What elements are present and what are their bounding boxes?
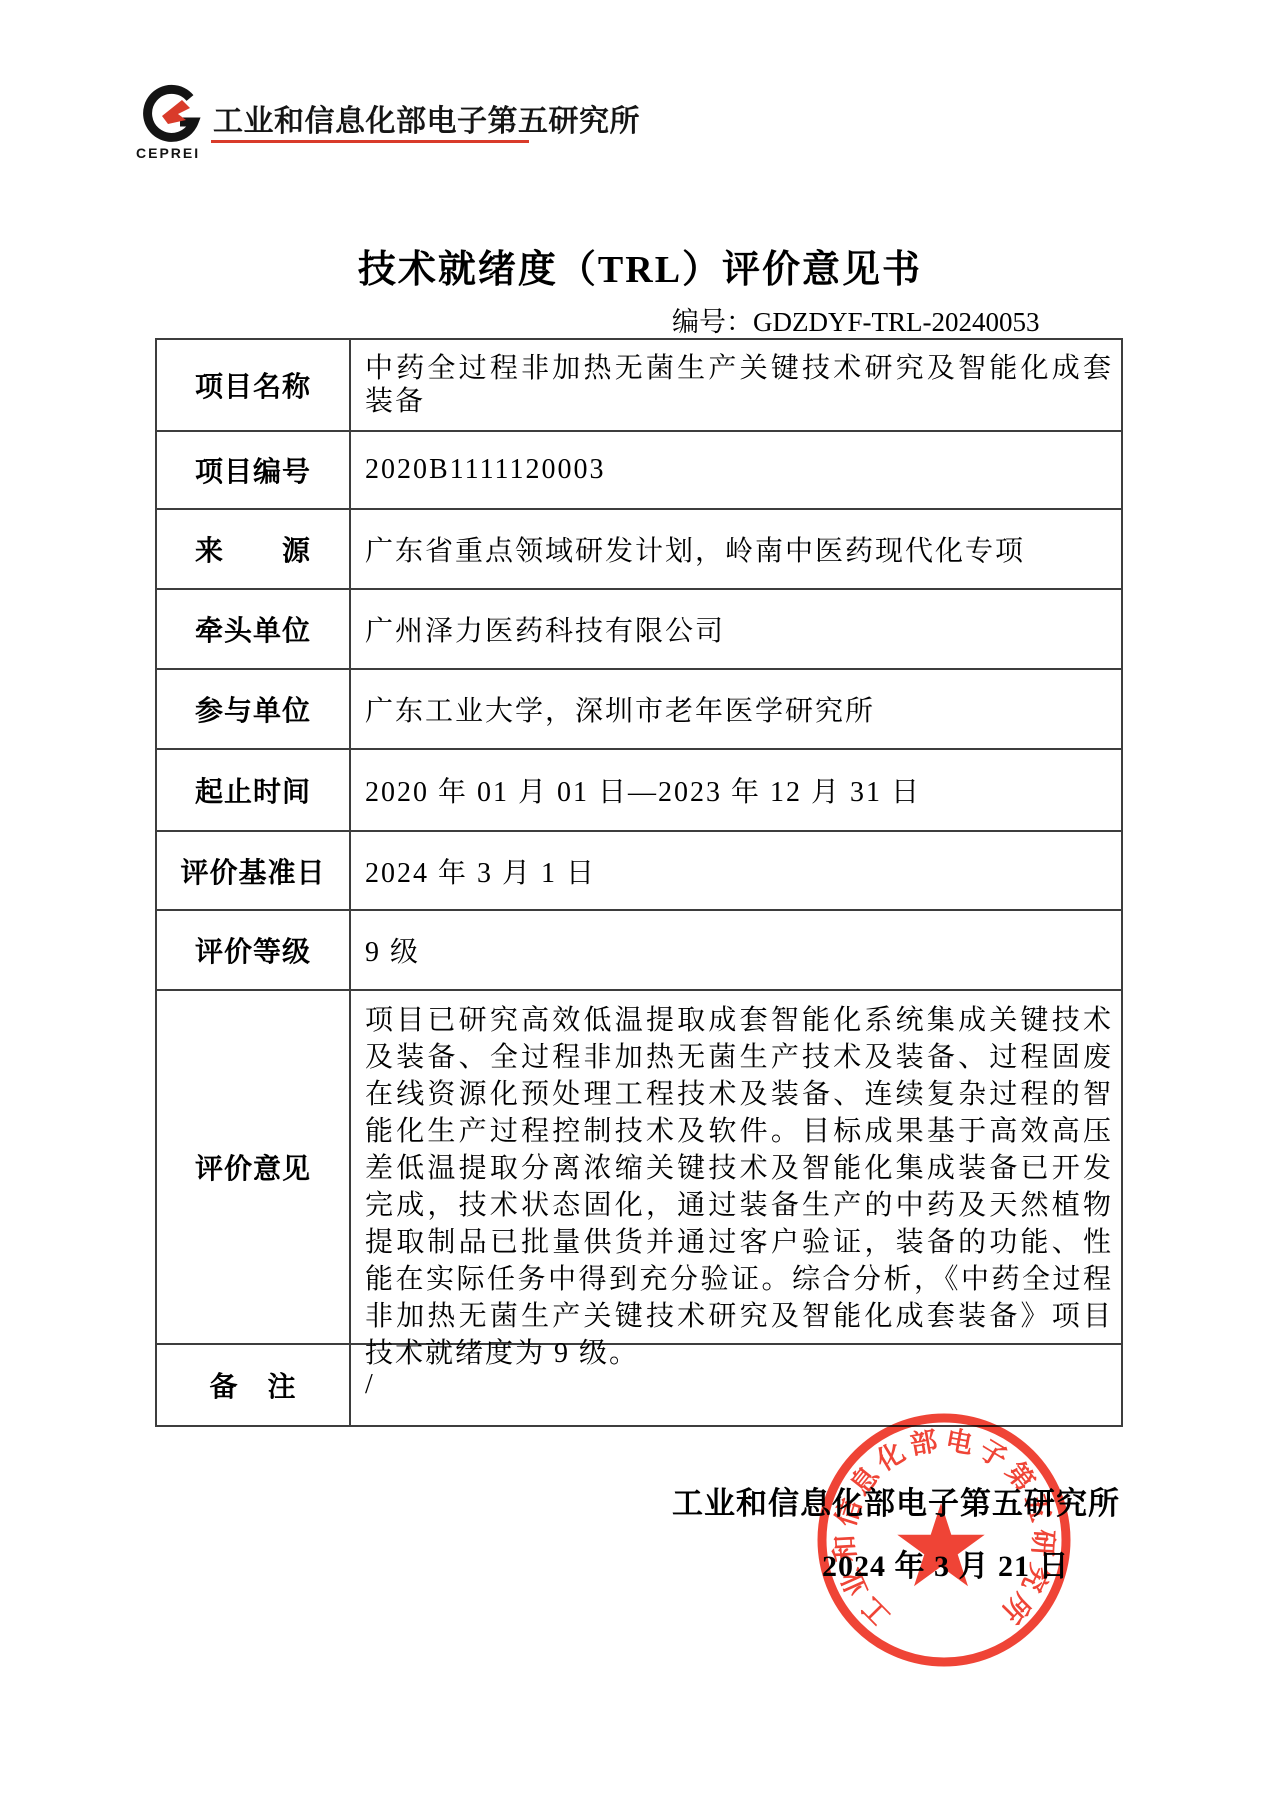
table-row-opinion: 评价意见 项目已研究高效低温提取成套智能化系统集成关键技术及装备、全过程非加热无… [157,991,1121,1345]
row-label: 评价基准日 [157,832,351,909]
table-row-participants: 参与单位 广东工业大学，深圳市老年医学研究所 [157,670,1121,750]
header-red-underline [211,140,529,143]
row-label: 牵头单位 [157,590,351,668]
row-value: 广州泽力医药科技有限公司 [351,590,1121,668]
doc-number-label: 编号： [672,307,753,337]
seal-ring [822,1418,1066,1662]
table-row-project-name: 项目名称 中药全过程非加热无菌生产关键技术研究及智能化成套装备 [157,340,1121,432]
header-org-name: 工业和信息化部电子第五研究所 [213,96,733,140]
table-row-period: 起止时间 2020 年 01 月 01 日—2023 年 12 月 31 日 [157,750,1121,832]
row-value: 广东工业大学，深圳市老年医学研究所 [351,670,1121,748]
cepri-logo-icon: CEPREI [128,84,218,164]
table-row-lead-unit: 牵头单位 广州泽力医药科技有限公司 [157,590,1121,670]
row-value: / [351,1345,1121,1425]
doc-number: 编号：GDZDYF-TRL-20240053 [672,300,1039,339]
row-label: 起止时间 [157,750,351,830]
row-label: 项目编号 [157,432,351,508]
row-label: 评价意见 [157,991,351,1343]
signature-org-name: 工业和信息化部电子第五研究所 [672,1478,1120,1523]
row-label: 项目名称 [157,340,351,430]
table-row-source: 来 源 广东省重点领域研发计划，岭南中医药现代化专项 [157,510,1121,590]
table-row-remark: 备 注 / [157,1345,1121,1425]
row-value: 2020 年 01 月 01 日—2023 年 12 月 31 日 [351,750,1121,830]
evaluation-table: 项目名称 中药全过程非加热无菌生产关键技术研究及智能化成套装备 项目编号 202… [155,338,1123,1427]
doc-number-value: GDZDYF-TRL-20240053 [753,307,1039,337]
row-label: 备 注 [157,1345,351,1425]
table-row-project-code: 项目编号 2020B1111120003 [157,432,1121,510]
row-label: 参与单位 [157,670,351,748]
signature-date: 2024 年 3 月 21 日 [822,1541,1070,1585]
seal-circular-text: 工业和信息化部电子第五研究所 [829,1425,1058,1632]
table-row-grade: 评价等级 9 级 [157,911,1121,991]
row-value: 2024 年 3 月 1 日 [351,832,1121,909]
page-title: 技术就绪度（TRL）评价意见书 [0,238,1280,293]
row-value: 广东省重点领域研发计划，岭南中医药现代化专项 [351,510,1121,588]
row-value: 中药全过程非加热无菌生产关键技术研究及智能化成套装备 [351,340,1121,430]
row-label: 来 源 [157,510,351,588]
logo-wordmark: CEPREI [136,145,200,161]
trl-evaluation-document: { "header": { "logo_text": "CEPREI", "or… [0,0,1280,1810]
row-value: 9 级 [351,911,1121,989]
row-value: 项目已研究高效低温提取成套智能化系统集成关键技术及装备、全过程非加热无菌生产技术… [351,991,1121,1343]
cepri-logo: CEPREI [128,84,218,164]
row-label: 评价等级 [157,911,351,989]
row-value: 2020B1111120003 [351,432,1121,508]
table-row-baseline-date: 评价基准日 2024 年 3 月 1 日 [157,832,1121,911]
